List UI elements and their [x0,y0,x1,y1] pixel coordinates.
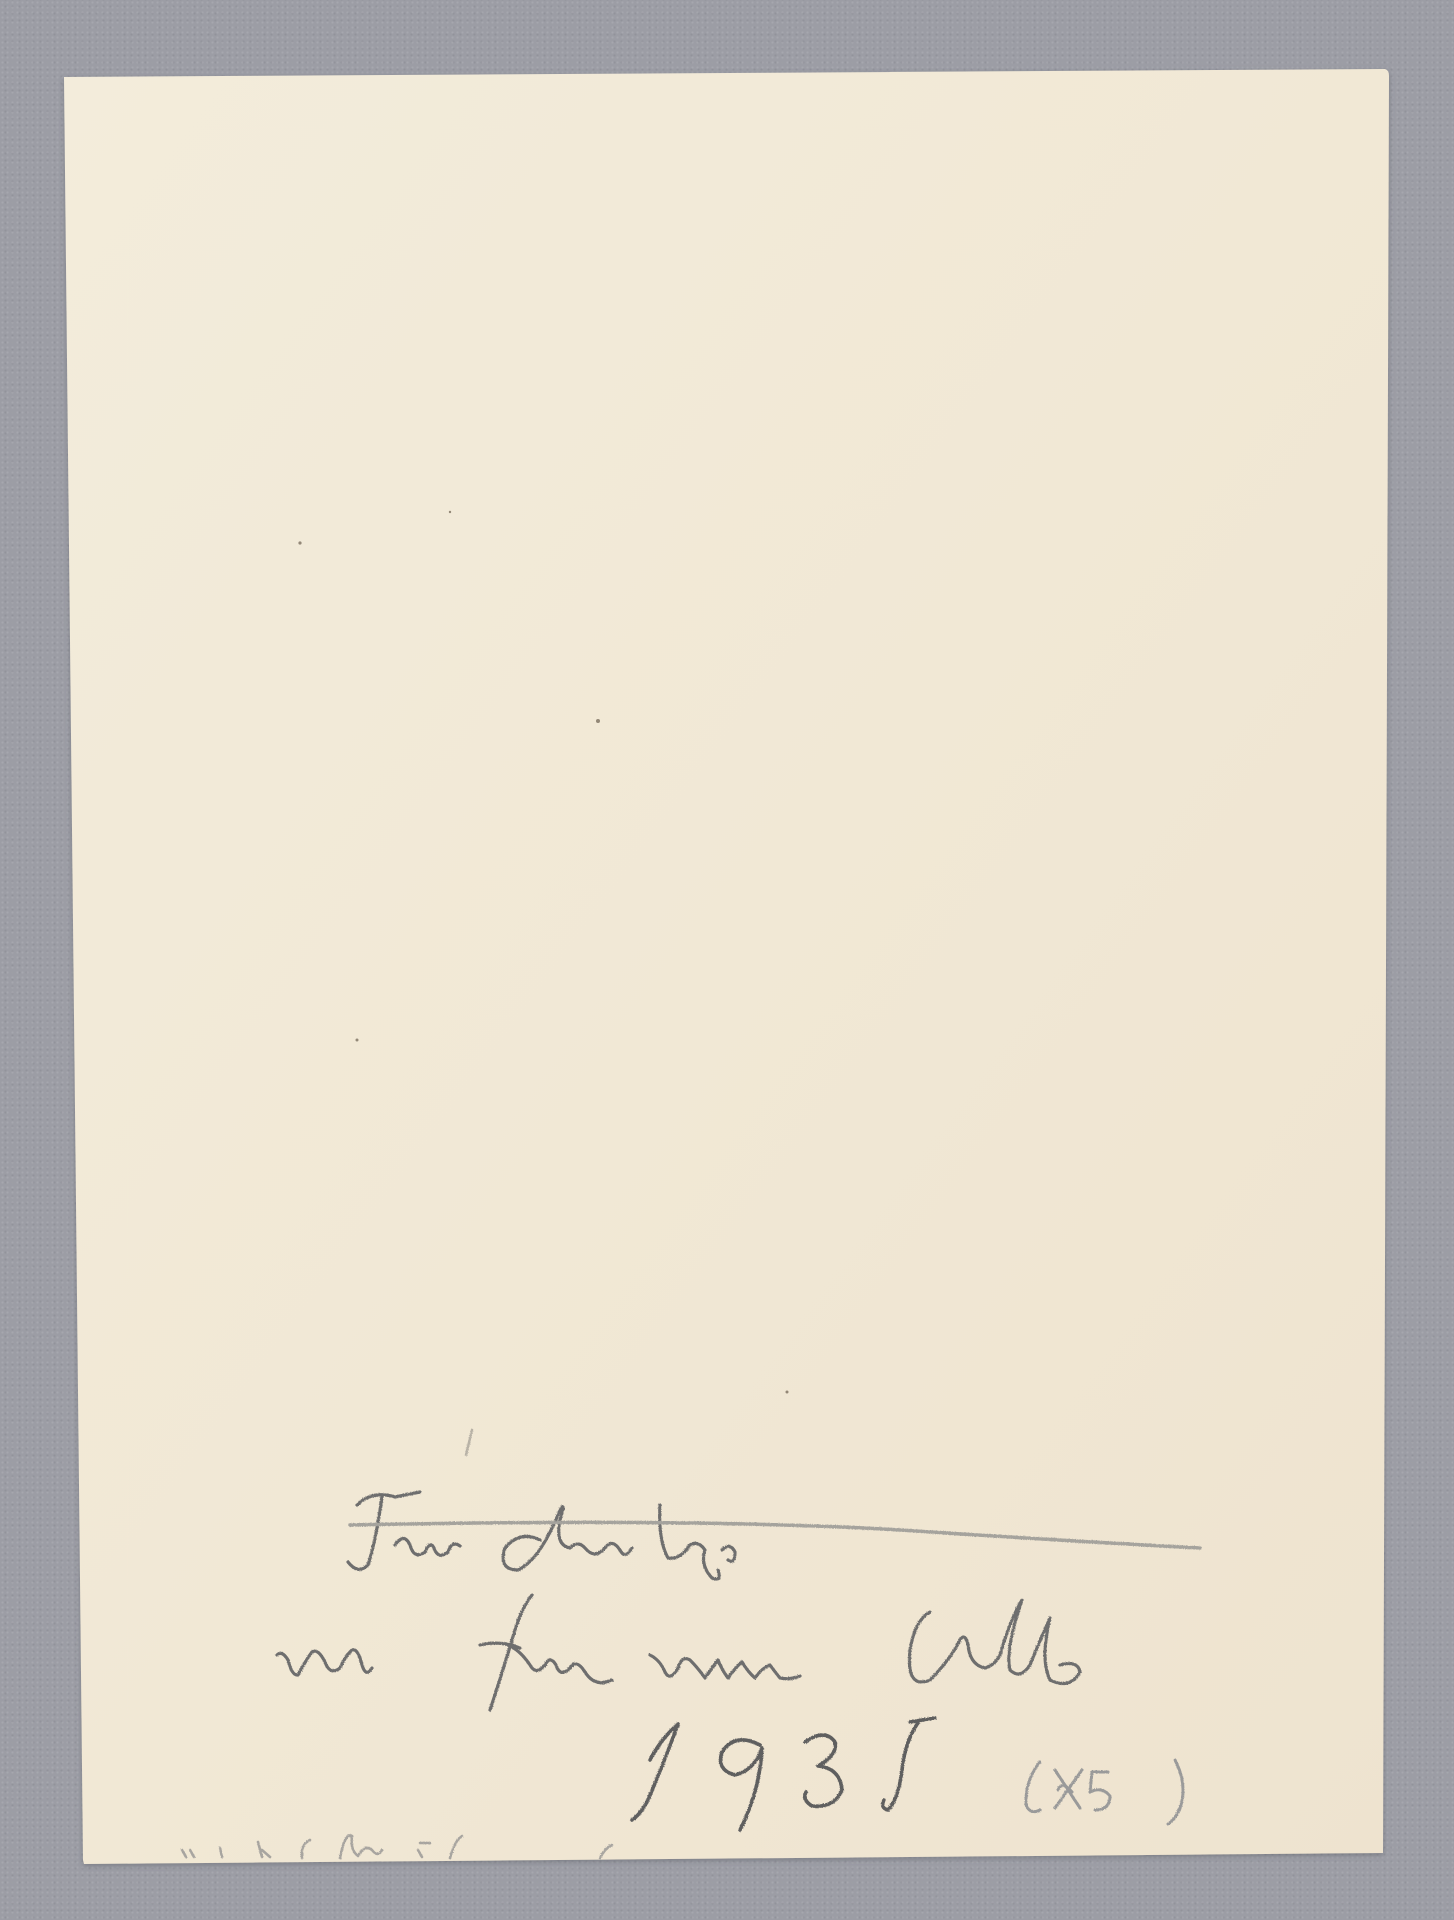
photo-card-verso: Frau Kratze von Frau van Rels 1935 (X5) … [0,0,1454,1920]
card-paper [0,0,1454,1920]
